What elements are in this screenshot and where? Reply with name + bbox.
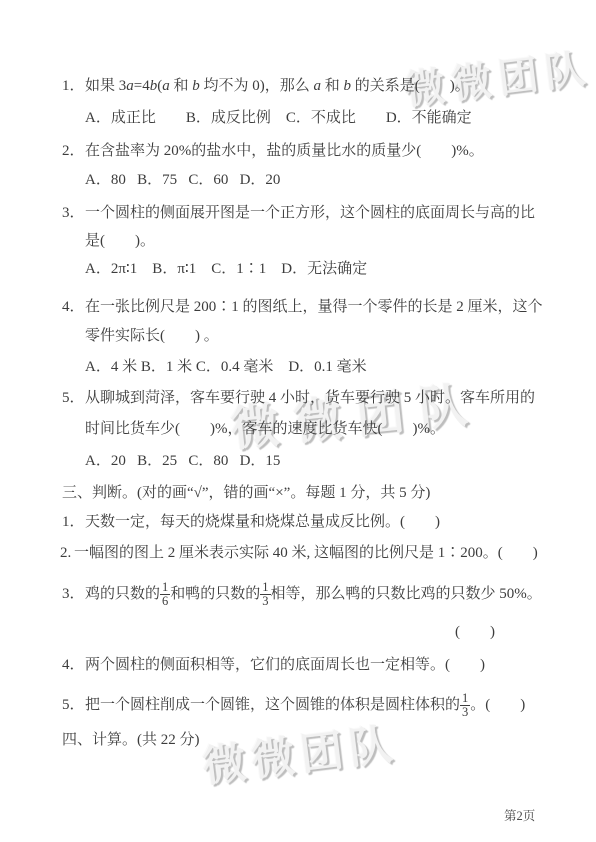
judgment-item-5: 5．把一个圆柱削成一个圆锥，这个圆锥的体积是圆柱体积的13。( ): [62, 692, 525, 719]
watermark-middle: 微微团队: [227, 365, 485, 460]
judgment-item-3-parens: ( ): [455, 621, 495, 643]
question-text: 从聊城到菏泽，客车要行驶 4 小时，货车要行驶 5 小时。客车所用的: [85, 390, 535, 406]
question-text: 在含盐率为 20%的盐水中，盐的质量比水的质量少( )%。: [85, 143, 484, 159]
question-text: 如果 3a=4b(a 和 b 均不为 0)，那么 a 和 b 的关系是( )。: [85, 78, 470, 94]
question-number: 2．: [62, 140, 85, 162]
choice-question-3-line2: 是( )。: [85, 230, 155, 252]
judgment-item-4: 4．两个圆柱的侧面积相等，它们的底面周长也一定相等。( ): [62, 654, 485, 676]
question-text: 在一张比例尺是 200∶1 的图纸上，量得一个零件的长是 2 厘米，这个: [85, 299, 543, 315]
fraction: 13: [460, 692, 470, 719]
item-number: 4．: [62, 654, 85, 676]
item-number: 2.: [60, 542, 74, 564]
choice-question-5: 5．从聊城到菏泽，客车要行驶 4 小时，货车要行驶 5 小时。客车所用的: [62, 387, 535, 409]
exam-paper-page: 微微团队 微微团队 微微团队 1．如果 3a=4b(a 和 b 均不为 0)，那…: [0, 0, 596, 842]
choice-question-2-options: A．80 B．75 C．60 D．20: [85, 169, 280, 191]
question-number: 3．: [62, 202, 85, 224]
item-text: 一幅图的图上 2 厘米表示实际 40 米, 这幅图的比例尺是 1∶200。( ): [74, 545, 538, 561]
page-number: 第2页: [504, 806, 535, 824]
item-number: 5．: [62, 694, 85, 716]
judgment-section-header: 三、判断。(对的画“√”，错的画“×”。每题 1 分，共 5 分): [62, 482, 430, 504]
item-text: 两个圆柱的侧面积相等，它们的底面周长也一定相等。( ): [85, 657, 485, 673]
calc-section-header: 四、计算。(共 22 分): [62, 729, 200, 751]
item-number: 3．: [62, 583, 85, 605]
choice-question-4-line2: 零件实际长( ) 。: [85, 325, 219, 347]
choice-question-4-options: A．4 米 B．1 米 C．0.4 毫米 D．0.1 毫米: [85, 356, 367, 378]
choice-question-4: 4．在一张比例尺是 200∶1 的图纸上，量得一个零件的长是 2 厘米，这个: [62, 296, 543, 318]
choice-question-2: 2．在含盐率为 20%的盐水中，盐的质量比水的质量少( )%。: [62, 140, 484, 162]
item-text: 鸡的只数的16和鸭的只数的13相等，那么鸭的只数比鸡的只数少 50%。: [85, 586, 542, 602]
item-number: 1．: [62, 511, 85, 533]
question-number: 1．: [62, 75, 85, 97]
fraction: 16: [160, 581, 170, 608]
watermark-bottom: 微微团队: [199, 710, 401, 794]
choice-question-5-line2: 时间比货车少( )%，客车的速度比货车快( )%。: [85, 418, 445, 440]
question-number: 5．: [62, 387, 85, 409]
choice-question-5-options: A．20 B．25 C．80 D．15: [85, 450, 280, 472]
question-number: 4．: [62, 296, 85, 318]
choice-question-1: 1．如果 3a=4b(a 和 b 均不为 0)，那么 a 和 b 的关系是( )…: [62, 75, 470, 97]
judgment-item-3: 3．鸡的只数的16和鸭的只数的13相等，那么鸭的只数比鸡的只数少 50%。: [62, 581, 542, 608]
item-text: 天数一定，每天的烧煤量和烧煤总量成反比例。( ): [85, 514, 440, 530]
choice-question-3: 3．一个圆柱的侧面展开图是一个正方形，这个圆柱的底面周长与高的比: [62, 202, 535, 224]
choice-question-3-options: A．2π∶1 B．π∶1 C．1∶1 D．无法确定: [85, 258, 367, 280]
judgment-item-1: 1．天数一定，每天的烧煤量和烧煤总量成反比例。( ): [62, 511, 440, 533]
question-text: 一个圆柱的侧面展开图是一个正方形，这个圆柱的底面周长与高的比: [85, 205, 535, 221]
fraction: 13: [260, 581, 270, 608]
choice-question-1-options: A．成正比 B．成反比例 C．不成比 D．不能确定: [85, 107, 472, 129]
judgment-item-2: 2.一幅图的图上 2 厘米表示实际 40 米, 这幅图的比例尺是 1∶200。(…: [60, 542, 538, 564]
item-text: 把一个圆柱削成一个圆锥，这个圆锥的体积是圆柱体积的13。( ): [85, 697, 525, 713]
